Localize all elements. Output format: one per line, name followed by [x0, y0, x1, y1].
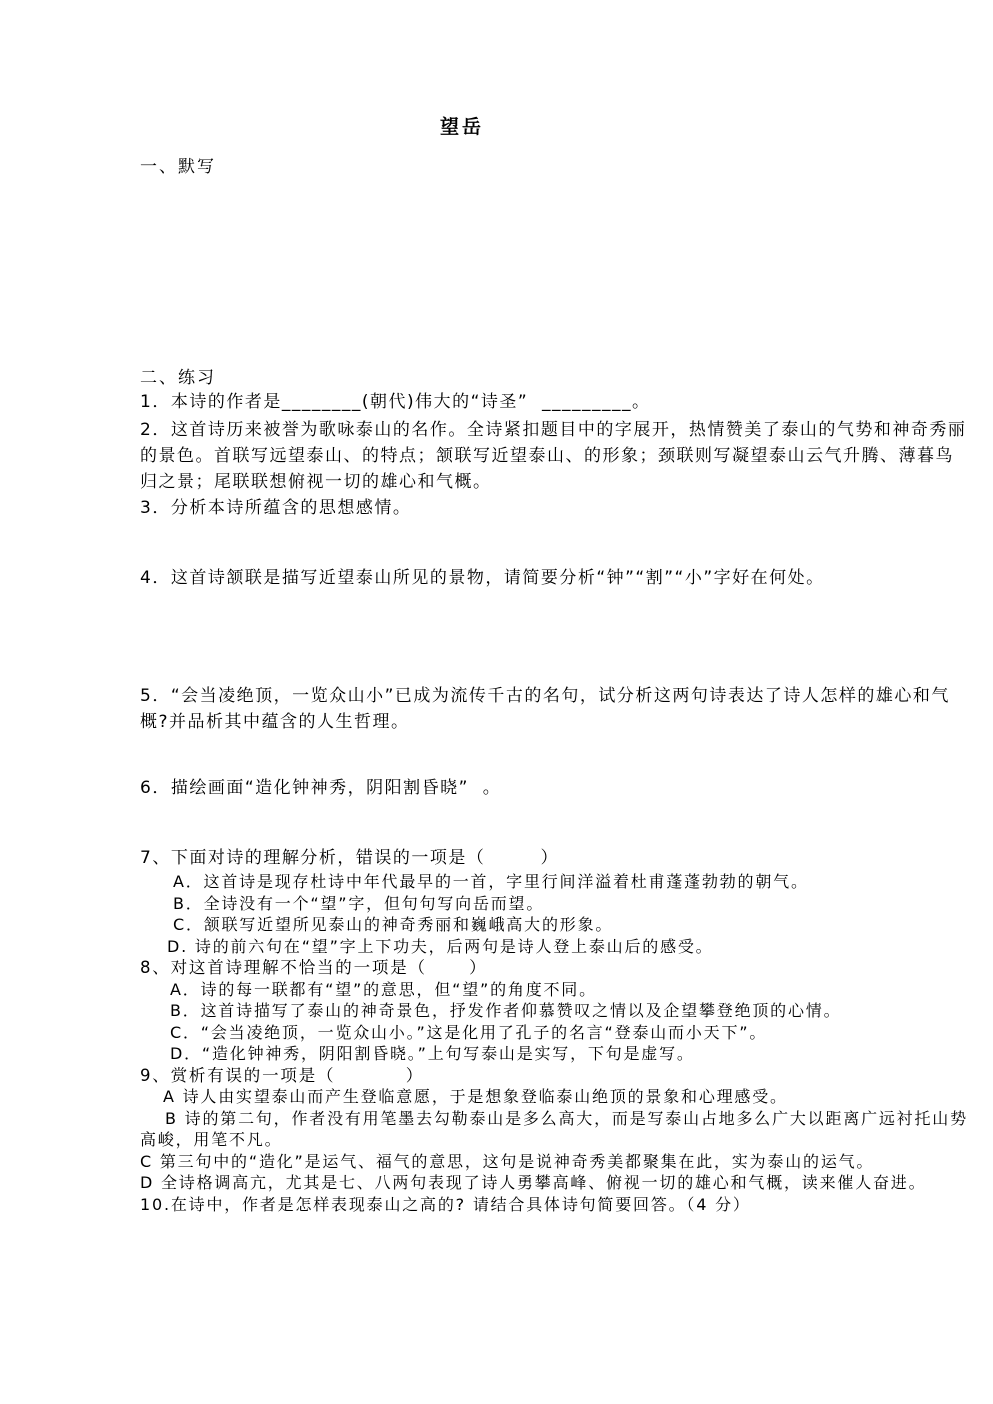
- question-8-option-a: A．诗的每一联都有“望”的意思，但“望”的角度不同。: [140, 979, 972, 1001]
- question-5: 5．“会当凌绝顶，一览众山小”已成为流传千古的名句，试分析这两句诗表达了诗人怎样…: [140, 683, 972, 735]
- question-7-option-c: C．颔联写近望所见泰山的神奇秀丽和巍峨高大的形象。: [140, 914, 972, 936]
- section-heading-dictation: 一、默写: [140, 152, 216, 177]
- question-8-option-b: B．这首诗描写了泰山的神奇景色，抒发作者仰慕赞叹之情以及企望攀登绝顶的心情。: [140, 1000, 972, 1022]
- question-7-option-d: D. 诗的前六句在“望”字上下功夫，后两句是诗人登上泰山后的感受。: [140, 936, 972, 958]
- question-9-option-c: C 第三句中的“造化”是运气、福气的意思，这句是说神奇秀美都聚集在此，实为泰山的…: [140, 1151, 972, 1173]
- question-9-stem: 9、赏析有误的一项是（ ）: [140, 1065, 972, 1087]
- question-7-option-b: B．全诗没有一个“望”字，但句句写向岳而望。: [140, 893, 972, 915]
- question-8-option-c: C．“会当凌绝顶，一览众山小。”这是化用了孔子的名言“登泰山而小天下”。: [140, 1022, 972, 1044]
- question-9-option-d: D 全诗格调高亢，尤其是七、八两句表现了诗人勇攀高峰、俯视一切的雄心和气概，读来…: [140, 1172, 972, 1194]
- question-8-option-d: D．“造化钟神秀，阴阳割昏晓。”上句写泰山是实写，下句是虚写。: [140, 1043, 972, 1065]
- dictation-answer-space: [140, 185, 840, 350]
- question-10: 10.在诗中，作者是怎样表现泰山之高的? 请结合具体诗句简要回答。（4 分）: [140, 1194, 972, 1216]
- question-9-option-a: A 诗人由实望泰山而产生登临意愿，于是想象登临泰山绝顶的景象和心理感受。: [140, 1086, 972, 1108]
- question-8-stem: 8、对这首诗理解不恰当的一项是（ ）: [140, 957, 972, 979]
- question-6: 6．描绘画面“造化钟神秀，阴阳割昏晓” 。: [140, 775, 972, 801]
- page-title: 望岳: [440, 112, 484, 139]
- question-2: 2．这首诗历来被誉为歌咏泰山的名作。全诗紧扣题目中的字展开，热情赞美了泰山的气势…: [140, 417, 972, 495]
- question-3: 3．分析本诗所蕴含的思想感情。: [140, 495, 972, 521]
- question-7-stem: 7、下面对诗的理解分析，错误的一项是（ ）: [140, 845, 972, 871]
- section-heading-practice: 二、练习: [140, 363, 216, 388]
- questions-column: 1．本诗的作者是________(朝代)伟大的“诗圣” _________。 2…: [140, 389, 972, 1215]
- document-page: 望岳 一、默写 二、练习 1．本诗的作者是________(朝代)伟大的“诗圣”…: [0, 0, 993, 1404]
- question-4: 4．这首诗颔联是描写近望泰山所见的景物，请简要分析“钟”“割”“小”字好在何处。: [140, 565, 972, 591]
- question-9-option-b: B 诗的第二句，作者没有用笔墨去勾勒泰山是多么高大，而是写泰山占地多么广大以距离…: [140, 1108, 972, 1151]
- question-1: 1．本诗的作者是________(朝代)伟大的“诗圣” _________。: [140, 389, 972, 415]
- question-7-option-a: A．这首诗是现存杜诗中年代最早的一首，字里行间洋溢着杜甫蓬蓬勃勃的朝气。: [140, 871, 972, 893]
